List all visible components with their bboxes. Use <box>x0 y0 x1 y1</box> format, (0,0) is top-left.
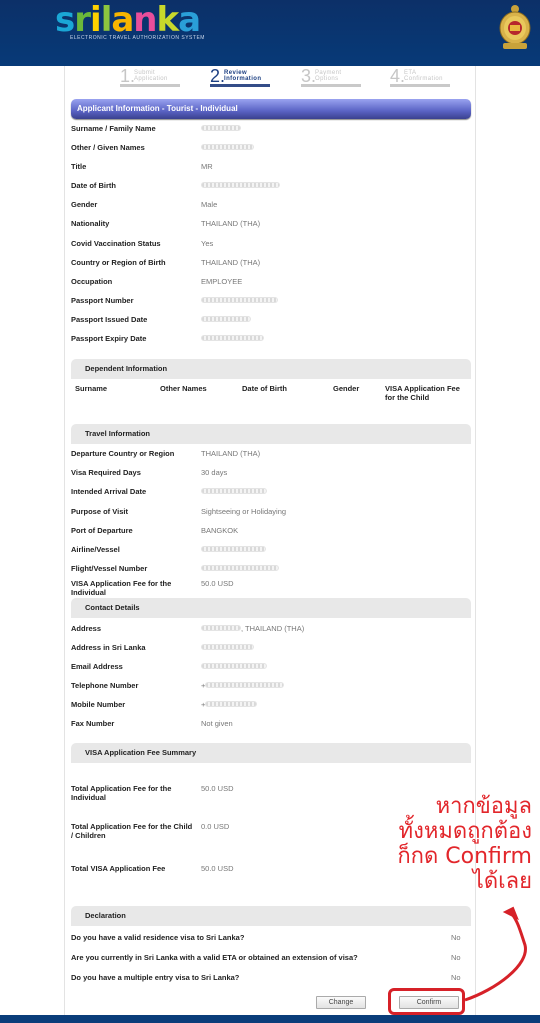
field-label: Airline/Vessel <box>71 545 196 554</box>
field-value: Sightseeing or Holidaying <box>201 507 286 516</box>
field-value <box>201 564 279 573</box>
field-label: Date of Birth <box>71 181 196 190</box>
redacted-value <box>201 182 280 188</box>
redacted-value <box>201 297 278 303</box>
contact-section-header: Contact Details <box>71 598 471 618</box>
logo-letter: s <box>55 0 74 40</box>
redacted-value <box>201 644 254 650</box>
field-label: Other / Given Names <box>71 143 196 152</box>
field-value <box>201 487 267 496</box>
column-header: Other Names <box>160 384 207 393</box>
logo-letter: a <box>178 0 200 40</box>
travel-section-header: Travel Information <box>71 424 471 444</box>
field-label: Intended Arrival Date <box>71 487 196 496</box>
field-value: MR <box>201 162 213 171</box>
site-header: srilanka ELECTRONIC TRAVEL AUTHORIZATION… <box>0 0 540 66</box>
field-value <box>201 181 280 190</box>
field-label: Passport Issued Date <box>71 315 196 324</box>
step-bar <box>120 84 180 87</box>
field-value <box>201 334 264 343</box>
field-label: Telephone Number <box>71 681 196 690</box>
field-value: Not given <box>201 719 233 728</box>
instruction-annotation: หากข้อมูล ทั้งหมดถูกต้อง ก็กด Confirm ได… <box>364 794 532 894</box>
field-label: Country or Region of Birth <box>71 258 196 267</box>
logo-letter: l <box>101 0 112 40</box>
column-header: VISA Application Fee for the Child <box>385 384 470 402</box>
step-label: PaymentOptions <box>315 70 341 82</box>
change-button[interactable]: Change <box>316 996 366 1009</box>
field-value: THAILAND (THA) <box>201 449 260 458</box>
step-label: SubmitApplication <box>134 70 168 82</box>
field-label: Do you have a multiple entry visa to Sri… <box>71 973 431 982</box>
redacted-value <box>201 316 251 322</box>
field-value <box>201 643 254 652</box>
field-value: 0.0 USD <box>201 822 229 831</box>
progress-stepper: 1. SubmitApplication 2. ReviewInformatio… <box>120 67 460 89</box>
field-label: Occupation <box>71 277 196 286</box>
field-value: 50.0 USD <box>201 579 234 588</box>
field-label: Total VISA Application Fee <box>71 864 196 873</box>
logo-letter: a <box>111 0 133 40</box>
step-number: 4. <box>390 67 405 85</box>
field-label: Mobile Number <box>71 700 196 709</box>
redacted-value <box>201 144 254 150</box>
field-value <box>201 124 241 133</box>
field-value: 50.0 USD <box>201 864 234 873</box>
dependent-section-header: Dependent Information <box>71 359 471 379</box>
field-value <box>201 315 251 324</box>
field-label: Total Application Fee for the Individual <box>71 784 196 802</box>
field-value: Yes <box>201 239 213 248</box>
field-label: Title <box>71 162 196 171</box>
step-number: 3. <box>301 67 316 85</box>
field-value: BANGKOK <box>201 526 238 535</box>
field-label: Gender <box>71 200 196 209</box>
field-value: No <box>451 973 461 982</box>
field-value <box>201 296 278 305</box>
field-label: Surname / Family Name <box>71 124 196 133</box>
field-value: No <box>451 933 461 942</box>
step-number: 2. <box>210 67 225 85</box>
field-label: Purpose of Visit <box>71 507 196 516</box>
field-label: VISA Application Fee for the Individual <box>71 579 196 597</box>
field-label: Address in Sri Lanka <box>71 643 196 652</box>
field-value <box>201 545 266 554</box>
logo-letter: r <box>74 0 90 40</box>
field-value: + <box>201 681 284 690</box>
confirm-highlight-box <box>388 988 465 1015</box>
field-label: Flight/Vessel Number <box>71 564 196 573</box>
sri-lanka-emblem-icon <box>497 3 533 53</box>
step-eta-confirmation: 4. ETAConfirmation <box>390 67 452 89</box>
logo-letter: i <box>90 0 101 40</box>
field-value: No <box>451 953 461 962</box>
redacted-value <box>201 625 241 631</box>
field-value: + <box>201 700 257 709</box>
declaration-section-header: Declaration <box>71 906 471 926</box>
redacted-value <box>201 663 267 669</box>
step-submit-application: 1. SubmitApplication <box>120 67 182 89</box>
redacted-value <box>205 701 257 707</box>
column-header: Gender <box>333 384 359 393</box>
step-payment-options: 3. PaymentOptions <box>301 67 363 89</box>
step-label: ReviewInformation <box>224 70 261 82</box>
site-footer <box>0 1015 540 1023</box>
fee-summary-section-header: VISA Application Fee Summary <box>71 743 471 763</box>
field-label: Nationality <box>71 219 196 228</box>
field-value: , THAILAND (THA) <box>201 624 304 633</box>
field-label: Visa Required Days <box>71 468 196 477</box>
step-label: ETAConfirmation <box>404 70 443 82</box>
field-value <box>201 662 267 671</box>
logo-letter: k <box>157 0 179 40</box>
field-label: Total Application Fee for the Child / Ch… <box>71 822 196 840</box>
field-value: Male <box>201 200 217 209</box>
field-label: Passport Expiry Date <box>71 334 196 343</box>
field-label: Address <box>71 624 196 633</box>
logo-letter: n <box>133 0 156 40</box>
field-value: THAILAND (THA) <box>201 258 260 267</box>
logo-subtitle: ELECTRONIC TRAVEL AUTHORIZATION SYSTEM <box>70 35 205 41</box>
redacted-value <box>201 335 264 341</box>
field-label: Email Address <box>71 662 196 671</box>
column-header: Date of Birth <box>242 384 287 393</box>
field-value: EMPLOYEE <box>201 277 242 286</box>
redacted-value <box>201 488 267 494</box>
field-label: Covid Vaccination Status <box>71 239 196 248</box>
field-label: Passport Number <box>71 296 196 305</box>
redacted-value <box>201 565 279 571</box>
field-label: Are you currently in Sri Lanka with a va… <box>71 953 431 962</box>
field-value: THAILAND (THA) <box>201 219 260 228</box>
field-label: Do you have a valid residence visa to Sr… <box>71 933 431 942</box>
field-value: 30 days <box>201 468 227 477</box>
step-review-information: 2. ReviewInformation <box>210 67 272 89</box>
step-bar <box>301 84 361 87</box>
applicant-section-header: Applicant Information - Tourist - Indivi… <box>71 99 471 119</box>
field-value <box>201 143 254 152</box>
field-value: 50.0 USD <box>201 784 234 793</box>
redacted-value <box>205 682 284 688</box>
step-bar <box>390 84 450 87</box>
field-label: Departure Country or Region <box>71 449 196 458</box>
srilanka-logo[interactable]: srilanka <box>55 2 200 38</box>
redacted-value <box>201 125 241 131</box>
field-label: Port of Departure <box>71 526 196 535</box>
step-bar <box>210 84 270 87</box>
step-number: 1. <box>120 67 135 85</box>
redacted-value <box>201 546 266 552</box>
field-label: Fax Number <box>71 719 196 728</box>
column-header: Surname <box>75 384 107 393</box>
